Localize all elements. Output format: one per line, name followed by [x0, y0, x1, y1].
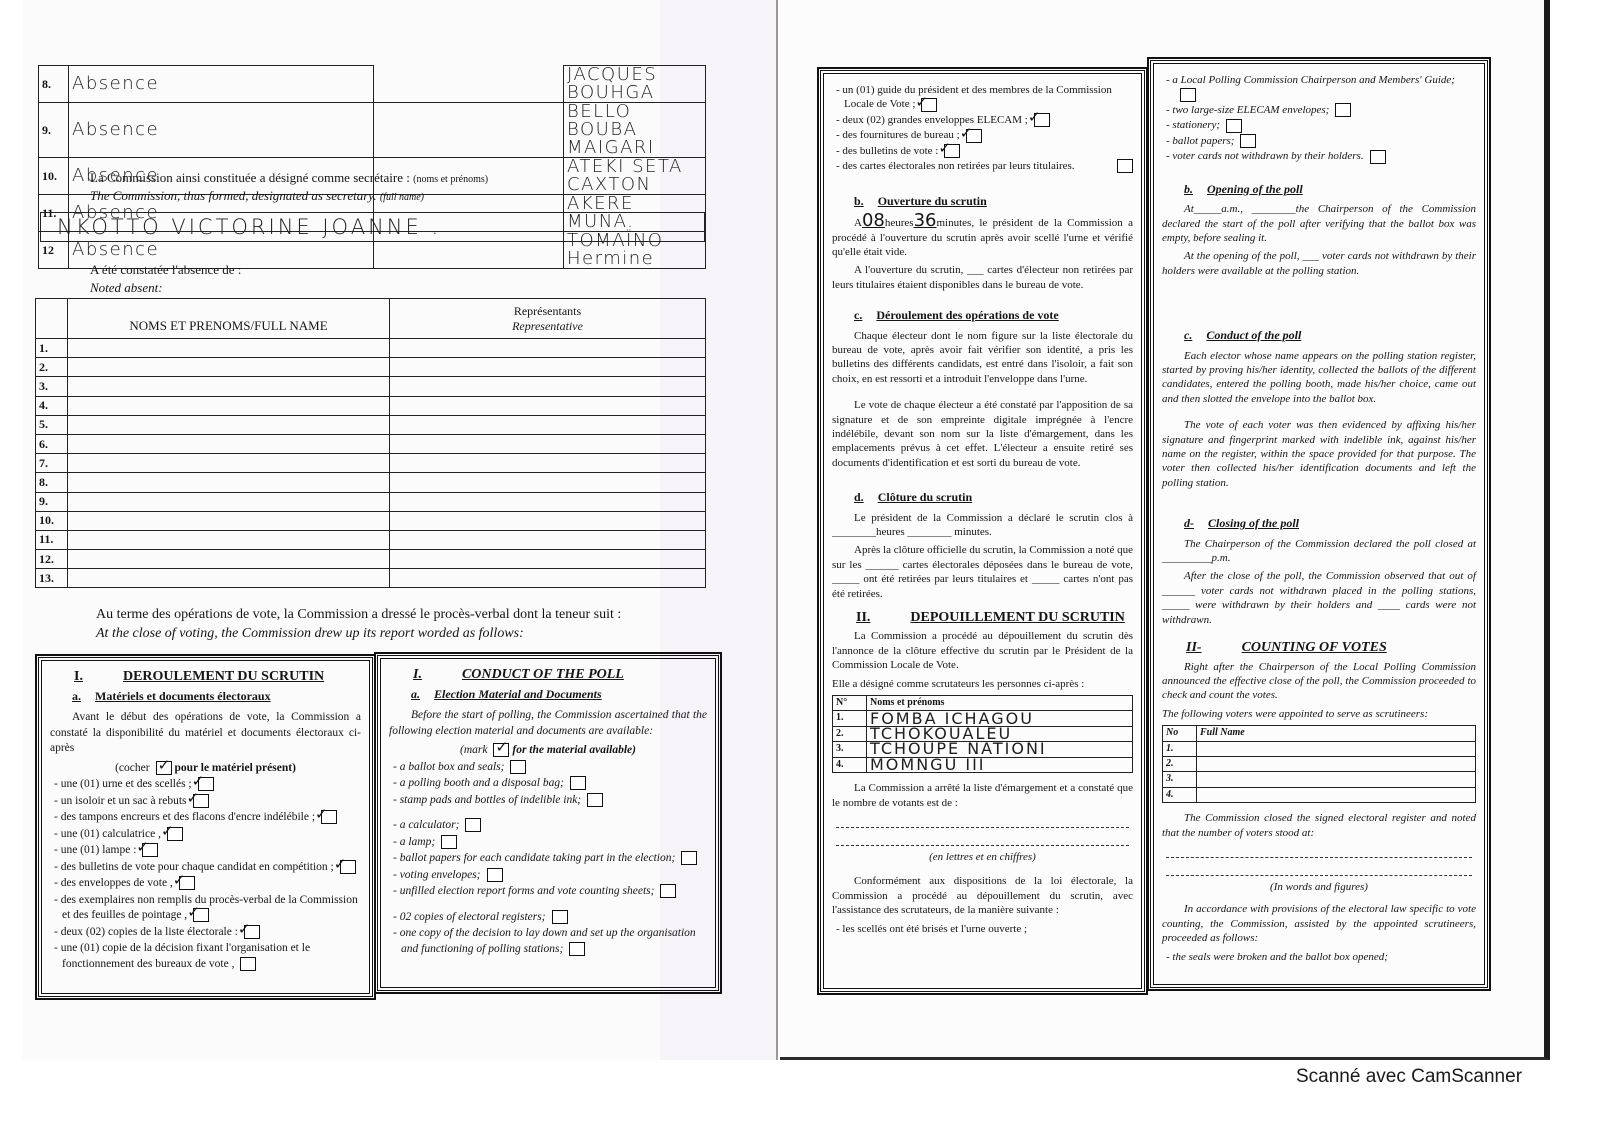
voters-count-line[interactable] — [1166, 844, 1472, 858]
checklist-item: - des cartes électorales non retirées pa… — [832, 159, 1133, 173]
checklist-item: - unfilled election report forms and vot… — [389, 884, 707, 900]
secretary-label-fr: La Commission ainsi constituée a désigné… — [90, 170, 488, 186]
row-number: 10. — [39, 158, 69, 195]
section-conduct-fr: I.DEROULEMENT DU SCRUTIN a.Matériels et … — [38, 657, 373, 997]
checkbox[interactable] — [465, 818, 481, 832]
checklist-item: - a polling booth and a disposal bag; — [389, 776, 707, 792]
checkbox[interactable] — [1034, 113, 1050, 127]
checkbox[interactable] — [570, 776, 586, 790]
checkbox[interactable] — [587, 793, 603, 807]
checklist-item: - a lamp; — [389, 835, 707, 851]
right-column-en: - a Local Polling Commission Chairperson… — [1150, 60, 1488, 988]
table-row: 1. — [36, 339, 706, 358]
member-name: ATEKI SETA CAXTON — [564, 158, 706, 195]
checklist-item: - two large-size ELECAM envelopes; — [1162, 103, 1476, 117]
table-row: 5. — [36, 415, 706, 434]
scrutineers-table-en: NoFull Name 1. 2. 3. 4. — [1162, 725, 1476, 803]
checklist-item: - one copy of the decision to lay down a… — [389, 926, 707, 957]
checklist-item: - ballot papers for each candidate takin… — [389, 851, 707, 867]
checklist-item: - une (01) lampe : — [50, 843, 361, 859]
voters-count-line[interactable] — [836, 814, 1129, 828]
checklist-item: - un (01) guide du président et des memb… — [832, 83, 1133, 112]
row-number: 8. — [39, 66, 69, 103]
voters-count-line[interactable] — [1166, 862, 1472, 876]
closing-intro-fr: Au terme des opérations de vote, la Comm… — [96, 607, 621, 623]
checkbox[interactable] — [193, 794, 209, 808]
checklist-item: - a ballot box and seals; — [389, 760, 707, 776]
checkbox[interactable] — [340, 860, 356, 874]
scrutineers-table-fr: N°Noms et prénoms 1.FOMBA ICHAGOU 2.TCHO… — [832, 695, 1133, 773]
checklist-item: - des enveloppes de vote , — [50, 876, 361, 892]
subsection-title: d.Clôture du scrutin — [854, 490, 1133, 504]
checkbox[interactable] — [142, 843, 158, 857]
checklist-item: - stationery; — [1162, 118, 1476, 132]
table-row: 3. — [36, 377, 706, 396]
secretary-field[interactable]: NKOTTO VICTORINE JOANNE . — [40, 212, 705, 242]
checklist-item: - a Local Polling Commission Chairperson… — [1162, 73, 1476, 102]
table-row: 7. — [36, 454, 706, 473]
subsection-title: c.Déroulement des opérations de vote — [854, 308, 1133, 322]
row-number: 9. — [39, 103, 69, 158]
checklist-item: - une (01) urne et des scellés ; — [50, 777, 361, 793]
table-row: 6. — [36, 434, 706, 453]
table-row: 2. — [1163, 756, 1476, 771]
column-header-representative: Représentants Representative — [390, 299, 706, 339]
checkbox[interactable] — [921, 98, 937, 112]
opening-paragraph: A08heures36minutes, le président de la C… — [832, 214, 1133, 259]
checklist-item: - des exemplaires non remplis du procès-… — [50, 893, 361, 924]
table-row: 13. — [36, 569, 706, 588]
table-row: 4.MOMNGU III — [833, 757, 1133, 772]
absent-label-en: Noted absent: — [90, 280, 163, 296]
opening-hours[interactable]: 08 — [862, 210, 885, 231]
checkbox[interactable] — [321, 810, 337, 824]
subsection-title: c.Conduct of the poll — [1184, 328, 1476, 342]
checkbox[interactable] — [552, 910, 568, 924]
section-title: II-COUNTING OF VOTES — [1186, 641, 1476, 655]
checkbox[interactable] — [1335, 103, 1351, 117]
absent-label-fr: A été constatée l'absence de : — [90, 262, 241, 278]
checkbox[interactable] — [179, 876, 195, 890]
checkbox[interactable] — [944, 144, 960, 158]
checklist-item: - a calculator; — [389, 818, 707, 834]
table-row: 2. — [36, 358, 706, 377]
checkbox[interactable] — [487, 868, 503, 882]
member-status: Absence — [69, 66, 374, 103]
section-title: I.CONDUCT OF THE POLL — [413, 667, 707, 683]
checklist-item: - une (01) copie de la décision fixant l… — [50, 941, 361, 972]
checkbox[interactable] — [198, 777, 214, 791]
checklist-item: - 02 copies of electoral registers; — [389, 910, 707, 926]
voters-count-line[interactable] — [836, 832, 1129, 846]
table-row: 3. — [1163, 772, 1476, 787]
checkbox[interactable] — [1180, 88, 1196, 102]
subsection-title: b.Opening of the poll — [1184, 182, 1476, 196]
subsection-title: d-Closing of the poll — [1184, 516, 1476, 530]
member-name: JACQUES BOUHGA — [564, 66, 706, 103]
book-spine — [776, 0, 778, 1060]
table-row: 4. — [36, 396, 706, 415]
checkbox[interactable] — [966, 129, 982, 143]
checkbox[interactable] — [1226, 119, 1242, 133]
instruction: (mark for the material available) — [389, 743, 707, 759]
right-column-fr: - un (01) guide du président et des memb… — [820, 70, 1145, 992]
checkbox[interactable] — [1370, 150, 1386, 164]
checkbox[interactable] — [1117, 159, 1133, 173]
table-row: 4. — [1163, 787, 1476, 802]
checklist-item: - deux (02) grandes enveloppes ELECAM ; — [832, 113, 1133, 127]
checkbox-example-icon — [156, 761, 172, 775]
table-row: 9. — [36, 492, 706, 511]
table-row: 12. — [36, 550, 706, 569]
checklist-item: - des tampons encreurs et des flacons d'… — [50, 810, 361, 826]
subsection-title: b.Ouverture du scrutin — [854, 194, 1133, 208]
table-row: 9. Absence BELLO BOUBA MAIGARI — [39, 103, 706, 158]
checkbox[interactable] — [240, 957, 256, 971]
checkbox[interactable] — [1240, 134, 1256, 148]
checklist-item: - des fournitures de bureau ; — [832, 128, 1133, 142]
checkbox[interactable] — [193, 908, 209, 922]
checkbox[interactable] — [660, 884, 676, 898]
section-title: II.DEPOUILLEMENT DU SCRUTIN — [856, 611, 1133, 625]
secretary-name: NKOTTO VICTORINE JOANNE . — [57, 215, 441, 239]
scrutineer-name: MOMNGU III — [867, 757, 1133, 772]
table-row: 8. — [36, 473, 706, 492]
checklist-item: - voting envelopes; — [389, 868, 707, 884]
table-row: 1. — [1163, 741, 1476, 756]
member-status: Absence — [69, 103, 374, 158]
closing-intro-en: At the close of voting, the Commission d… — [96, 626, 524, 642]
checklist-item: - une (01) calculatrice , — [50, 827, 361, 843]
checkbox[interactable] — [244, 925, 260, 939]
checkbox[interactable] — [441, 835, 457, 849]
section-conduct-en: I.CONDUCT OF THE POLL a.Election Materia… — [377, 655, 719, 991]
checklist-item: - stamp pads and bottles of indelible in… — [389, 793, 707, 809]
checkbox[interactable] — [569, 942, 585, 956]
table-row: 8. Absence JACQUES BOUHGA — [39, 66, 706, 103]
subsection-title: a.Matériels et documents électoraux — [72, 689, 361, 705]
column-header-name: NOMS ET PRENOMS/FULL NAME — [68, 299, 390, 339]
checklist-item: - ballot papers; — [1162, 134, 1476, 148]
absent-table: NOMS ET PRENOMS/FULL NAME Représentants … — [35, 298, 706, 588]
checklist-item: - deux (02) copies de la liste électoral… — [50, 925, 361, 941]
instruction: (cocher pour le matériel présent) — [50, 761, 361, 777]
table-row: 10. — [36, 511, 706, 530]
checkbox[interactable] — [167, 827, 183, 841]
subsection-title: a.Election Material and Documents — [411, 687, 707, 703]
member-name: BELLO BOUBA MAIGARI — [564, 103, 706, 158]
table-row: 11. — [36, 530, 706, 549]
camscanner-watermark: Scanné avec CamScanner — [1296, 1066, 1522, 1088]
checklist-item: - des bulletins de vote pour chaque cand… — [50, 860, 361, 876]
secretary-label-en: The Commission, thus formed, designated … — [90, 188, 424, 204]
checklist-item: - voter cards not withdrawn by their hol… — [1162, 149, 1476, 163]
checkbox[interactable] — [681, 851, 697, 865]
checkbox[interactable] — [510, 760, 526, 774]
checkbox-example-icon — [493, 743, 509, 757]
opening-minutes[interactable]: 36 — [914, 210, 937, 231]
checklist-item: - des bulletins de vote : — [832, 144, 1133, 158]
section-title: I.DEROULEMENT DU SCRUTIN — [74, 669, 361, 685]
